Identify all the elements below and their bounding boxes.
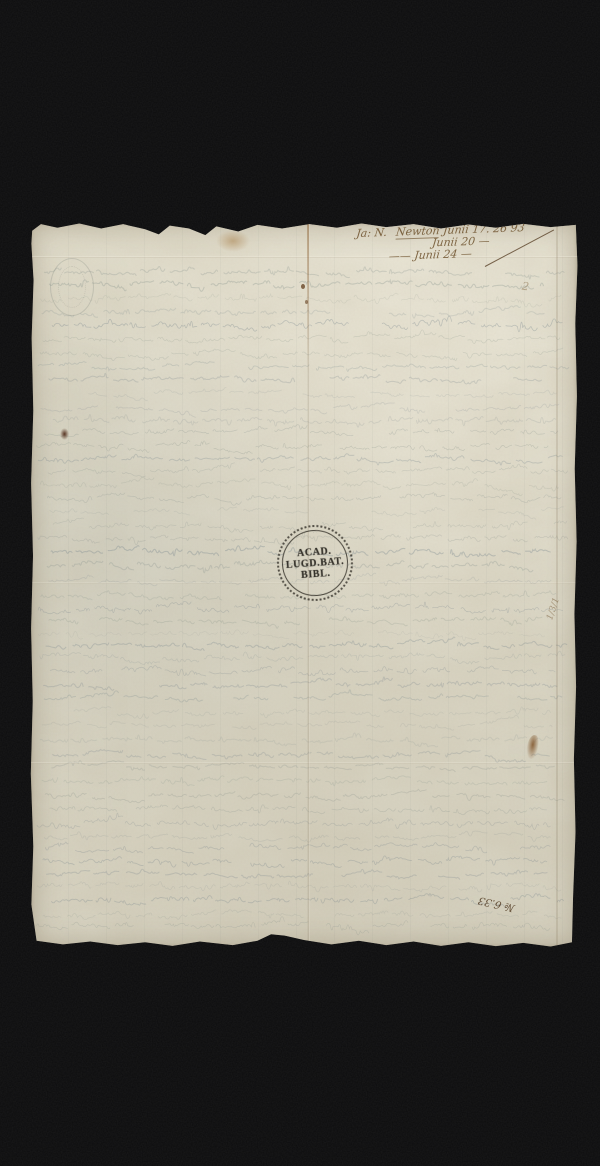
- ink-spot-left-edge: [60, 428, 69, 440]
- scan-root: ACAD. LUGD.BAT. BIBL. Ja: N.Newton Junii…: [0, 0, 600, 1166]
- ink-speck: [305, 300, 308, 304]
- horizontal-crease-lower: [30, 762, 578, 764]
- paper-watermark: [50, 258, 94, 316]
- annotation-prefix: Ja: N.: [356, 226, 388, 240]
- library-stamp: ACAD. LUGD.BAT. BIBL.: [274, 522, 355, 603]
- ink-speck: [301, 284, 305, 289]
- vertical-fold-stain: [307, 222, 309, 372]
- stain-top-center: [216, 230, 250, 252]
- vertical-crease-right: [556, 222, 558, 948]
- stamp-text-line3: BIBL.: [301, 567, 331, 580]
- paper-sheet: ACAD. LUGD.BAT. BIBL. Ja: N.Newton Junii…: [30, 222, 578, 948]
